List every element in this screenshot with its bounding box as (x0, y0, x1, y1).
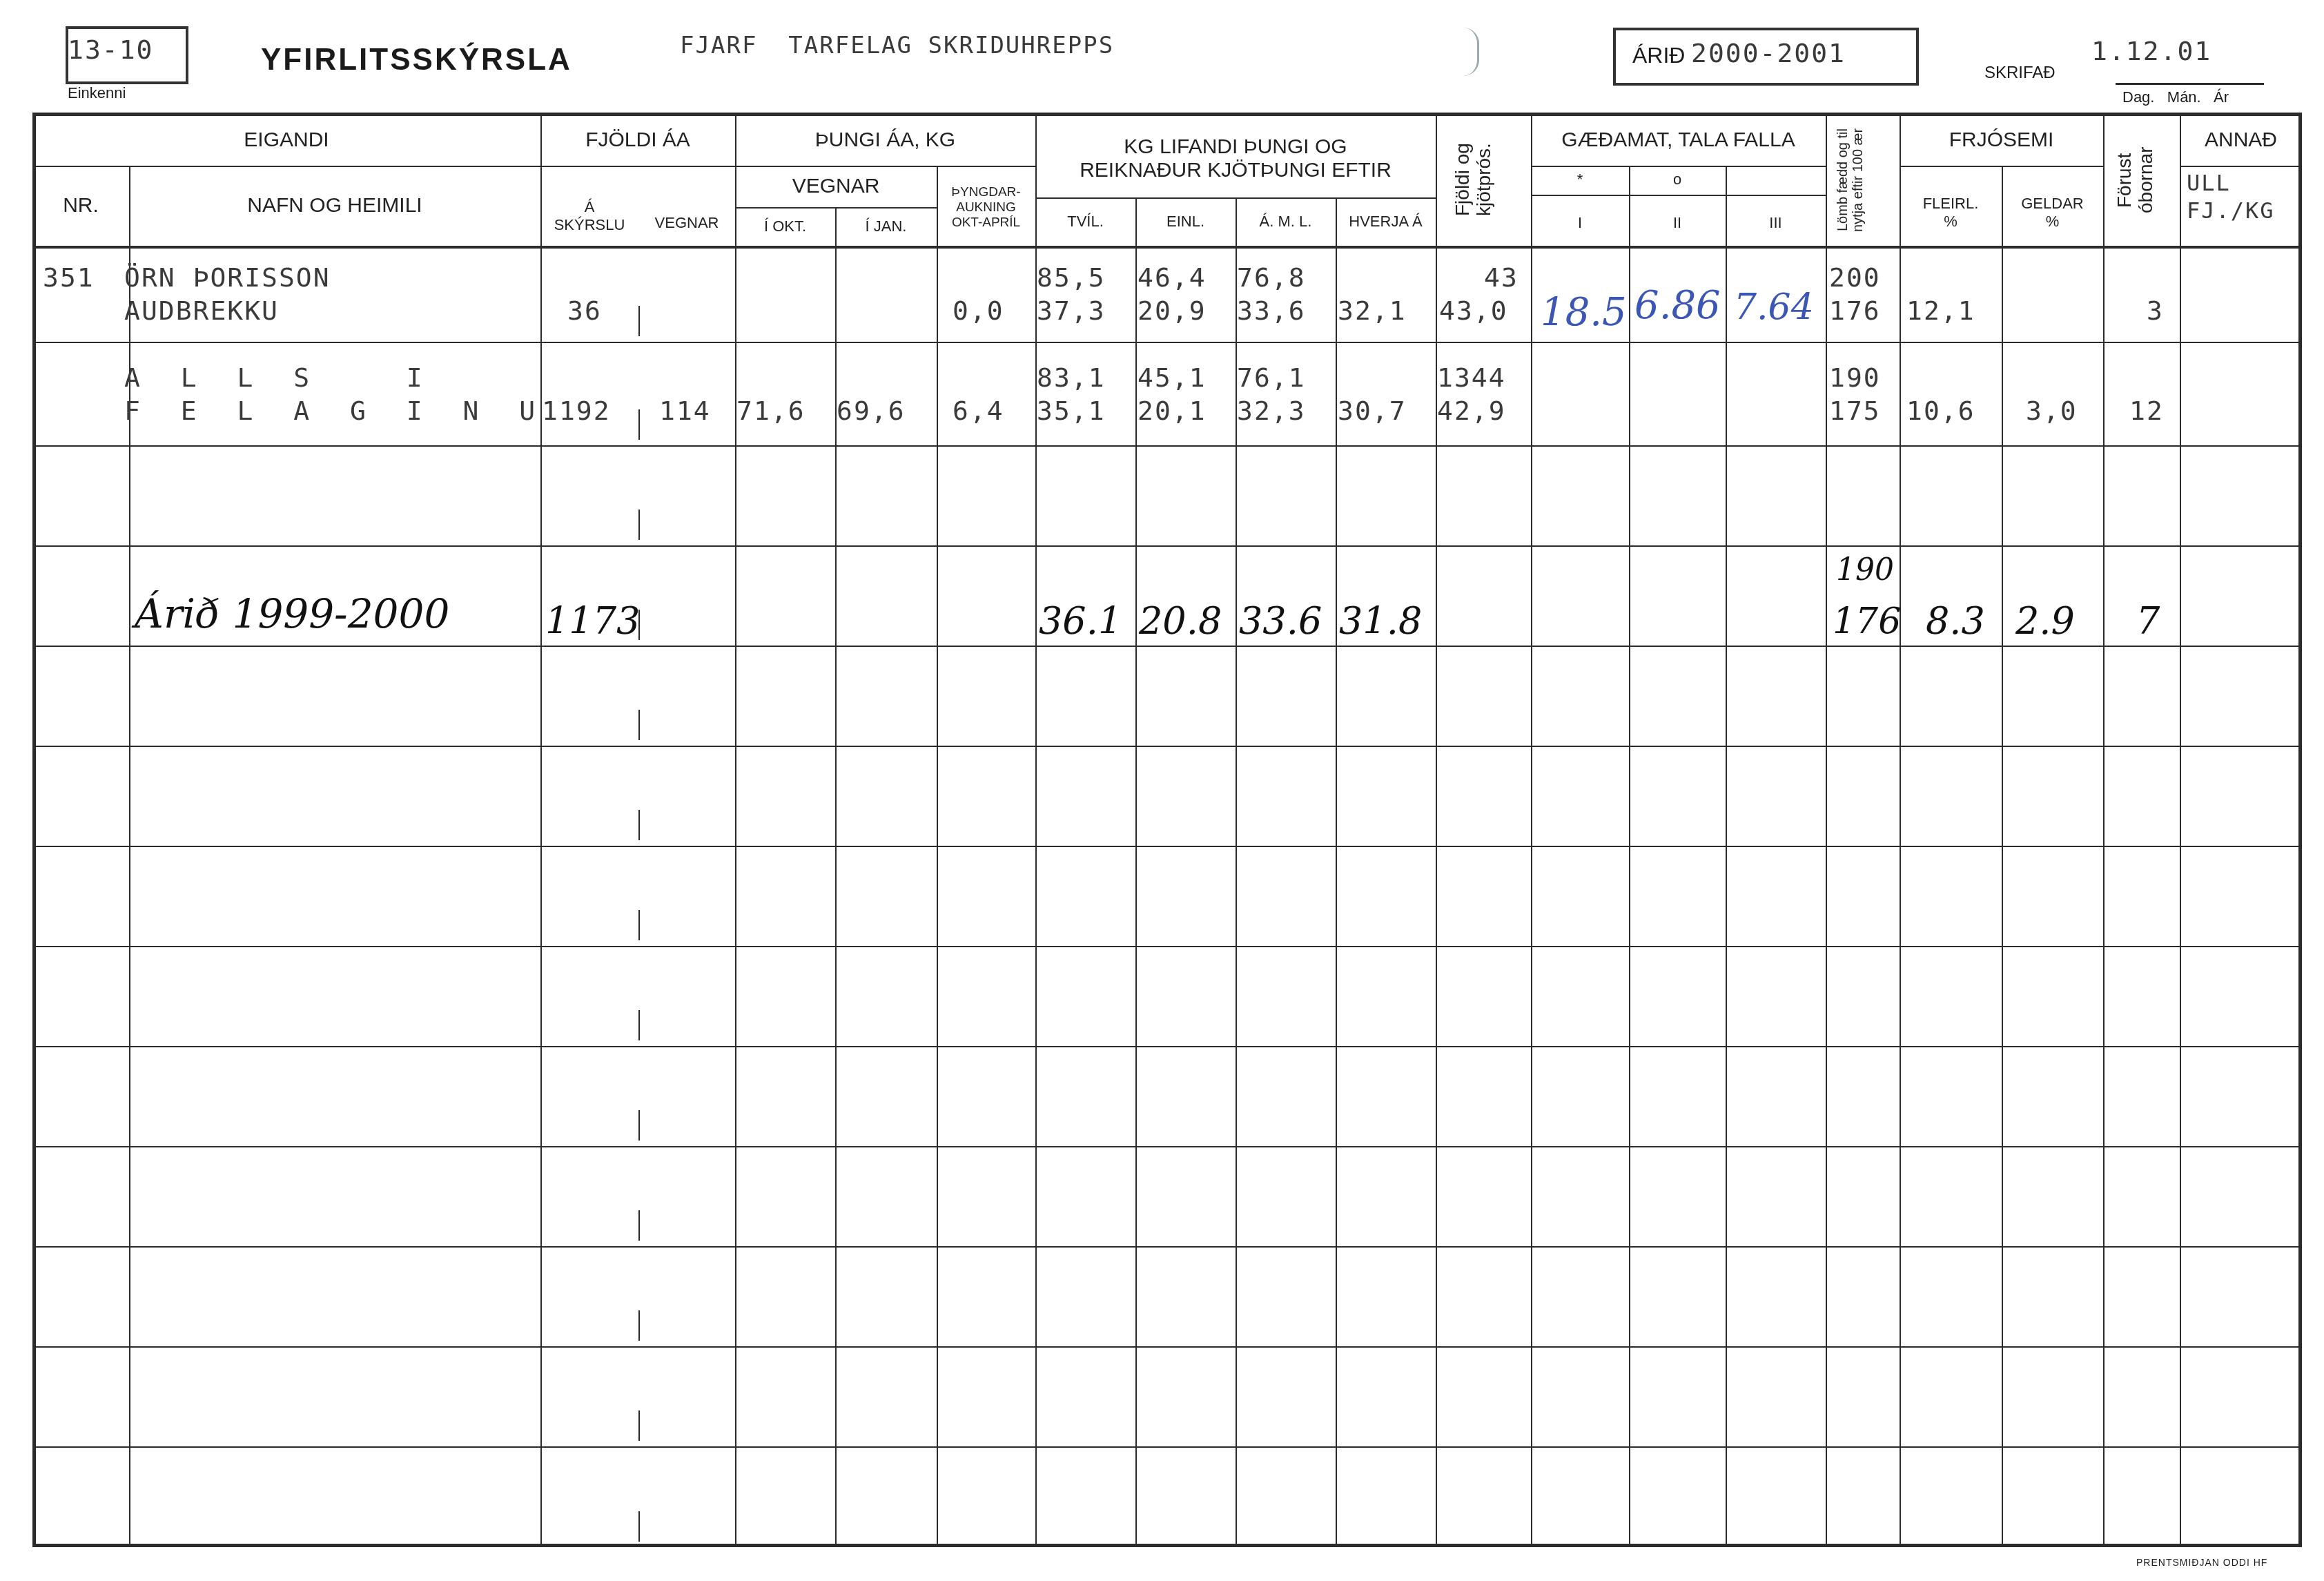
grid-line (32, 646, 2302, 647)
grid-line (540, 810, 542, 840)
header-fjoldi-kjot: Fjöldi og kjötprós. (1436, 114, 1531, 246)
grid-line (1531, 195, 1826, 196)
previous-year-label: Árið 1999-2000 (135, 590, 449, 637)
einl-carcass: 20,9 (1137, 295, 1207, 326)
header-thyngd-1: ÞYNGDAR- (951, 185, 1020, 200)
lomb-used: 176 (1829, 295, 1881, 326)
form-title: YFIRLITSSKÝRSLA (261, 43, 572, 77)
grid-line (638, 810, 640, 840)
grid-line (540, 1110, 542, 1141)
thyngdaraukning: 6,4 (953, 396, 1004, 426)
printer-credit: PRENTSMIÐJAN ODDI HF (2136, 1557, 2267, 1568)
fjoldi-kjot-pct: 43,0 (1439, 295, 1508, 326)
header-okt: Í OKT. (735, 207, 835, 246)
owner-name: ÖRN ÞORISSON (124, 262, 331, 293)
thyngdaraukning: 0,0 (953, 295, 1004, 326)
header-vegnar: VEGNAR (638, 200, 735, 246)
header-gaedamat: GÆÐAMAT, TALA FALLA (1531, 114, 1826, 166)
year-label: ÁRIÐ (1632, 43, 1685, 68)
grid-line (540, 1010, 542, 1040)
header-g1: I (1531, 200, 1629, 246)
forust: 3 (2147, 295, 2164, 326)
grid-line (1900, 113, 1901, 1547)
header-tvil: TVÍL. (1035, 197, 1135, 246)
lomb-born: 190 (1829, 362, 1881, 393)
hverja-a: 30,7 (1338, 396, 1407, 426)
fleirl-pct: 8.3 (1926, 599, 1985, 643)
header-forust: Förust óbornar (2103, 114, 2180, 246)
grade-2: 6.86 (1634, 283, 1721, 328)
grid-line (638, 306, 640, 336)
owner-home: AUDBREKKU (124, 295, 279, 326)
header-g2: II (1629, 200, 1726, 246)
date-parts-label: Dag. Mán. Ár (2122, 88, 2229, 106)
grid-line (735, 113, 736, 1547)
a-skyrslu: 1192 (542, 396, 611, 426)
grid-line (540, 1310, 542, 1341)
fjoldi-kjot-count: 43 (1484, 262, 1519, 293)
header-kg-lifandi: KG LIFANDI ÞUNGI OG REIKNAÐUR KJÖTÞUNGI … (1035, 124, 1436, 193)
einl-carcass: 20.8 (1139, 599, 1222, 643)
grid-line (540, 306, 542, 336)
geldar-pct: 3,0 (2026, 396, 2078, 426)
grid-line (638, 1210, 640, 1241)
header-hverja: HVERJA Á (1336, 197, 1436, 246)
header-fjoldi: FJÖLDI ÁA (540, 114, 735, 166)
grid-line (638, 409, 640, 440)
hverja-a: 32,1 (1338, 295, 1407, 326)
hverja-a: 31.8 (1339, 599, 1422, 643)
grid-line (1629, 166, 1630, 1547)
header-thyngdaraukning: ÞYNGDAR- AUKNING OKT-APRÍL (937, 169, 1035, 246)
header-kg-2: REIKNAÐUR KJÖTÞUNGI EFTIR (1080, 159, 1392, 182)
einl-live: 46,4 (1137, 262, 1207, 293)
grid-line (540, 1210, 542, 1241)
grid-line (1826, 113, 1827, 1547)
forust: 12 (2129, 396, 2164, 426)
header-thungi: ÞUNGI ÁA, KG (735, 114, 1035, 166)
lomb-used: 176 (1833, 601, 1901, 642)
header-aml: Á. M. L. (1236, 197, 1336, 246)
total-label-2: F E L A G I N U (124, 396, 547, 426)
grid-line (32, 1446, 2302, 1448)
aml-live: 76,8 (1237, 262, 1306, 293)
grid-line (32, 1346, 2302, 1348)
grid-line (540, 166, 735, 167)
grid-line (540, 710, 542, 740)
grid-line (32, 1146, 2302, 1147)
grid-line (32, 445, 2302, 447)
a-skyrslu: 36 (567, 295, 602, 326)
grid-line (937, 166, 938, 1547)
year-value: 2000-2001 (1691, 38, 1846, 68)
grid-line (540, 910, 542, 940)
id-label: Einkenni (68, 84, 126, 102)
aml-carcass: 33,6 (1237, 295, 1306, 326)
lomb-used: 175 (1829, 396, 1881, 426)
jan-weight: 69,6 (837, 396, 906, 426)
grid-line (638, 1310, 640, 1341)
header-vegnar2: VEGNAR (735, 166, 937, 207)
grid-line (32, 746, 2302, 747)
header-nr: NR. (32, 166, 129, 246)
grid-line (638, 1110, 640, 1141)
grid-line (540, 610, 542, 640)
aml-live: 76,1 (1237, 362, 1306, 393)
grid-line (32, 1246, 2302, 1248)
grid-line (32, 1046, 2302, 1047)
grid-line (32, 545, 2302, 547)
lomb-born: 190 (1836, 552, 1894, 588)
grid-line (540, 1511, 542, 1542)
einl-live: 45,1 (1137, 362, 1207, 393)
grid-line (1336, 197, 1337, 1547)
aml-carcass: 32,3 (1237, 396, 1306, 426)
association-name: FJARF TARFELAG SKRIDUHREPPS (680, 32, 1114, 59)
tvil-live: 85,5 (1037, 262, 1106, 293)
grid-line (2180, 166, 2302, 167)
forust: 7 (2136, 599, 2160, 643)
grid-line (32, 246, 2302, 249)
grid-line (540, 1410, 542, 1441)
fjoldi-kjot-count: 1344 (1437, 362, 1506, 393)
grade-3: 7.64 (1734, 287, 1814, 328)
header-g3: III (1726, 200, 1826, 246)
grid-line (32, 946, 2302, 947)
okt-weight: 71,6 (736, 396, 805, 426)
grid-line (1900, 166, 2103, 167)
grid-line (540, 510, 542, 540)
id-value: 13-10 (68, 35, 153, 65)
lomb-born: 200 (1829, 262, 1881, 293)
grid-line (1135, 197, 1137, 1547)
grid-line (2103, 113, 2105, 1547)
total-label-1: A L L S I (124, 362, 435, 393)
header-circle: o (1629, 166, 1726, 193)
header-eigandi: EIGANDI (32, 114, 540, 166)
vegnar: 114 (659, 396, 711, 426)
header-a-skyrslu-1: Á (585, 198, 595, 216)
grid-line (638, 1010, 640, 1040)
grid-line (1035, 113, 1037, 1547)
header-einl: EINL. (1135, 197, 1236, 246)
tvil-live: 83,1 (1037, 362, 1106, 393)
grid-line (1436, 113, 1437, 1547)
date-underline (2116, 83, 2264, 85)
header-geldar: GELDAR % (2002, 180, 2103, 246)
header-lomb: Lömb fædd og til nytja eftir 100 ær (1826, 114, 1900, 246)
einl-carcass: 20,1 (1137, 396, 1207, 426)
geldar-pct: 2.9 (2015, 599, 2075, 643)
a-skyrslu: 1173 (545, 599, 640, 643)
grid-line (638, 1511, 640, 1542)
grid-line (638, 710, 640, 740)
grid-line (638, 510, 640, 540)
fleirl-pct: 12,1 (1906, 295, 1975, 326)
report-table (32, 113, 2302, 1547)
header-thyngd-3: OKT-APRÍL (952, 215, 1020, 231)
header-ull: ULL FJ./KG (2187, 169, 2275, 224)
header-jan: Í JAN. (835, 207, 937, 246)
header-frjosemi: FRJÓSEMI (1900, 114, 2103, 166)
tvil-carcass: 37,3 (1037, 295, 1106, 326)
tvil-carcass: 35,1 (1037, 396, 1106, 426)
tvil-carcass: 36.1 (1039, 599, 1122, 643)
grid-line (1726, 166, 1727, 1547)
grid-line (2002, 166, 2003, 1547)
fleirl-pct: 10,6 (1906, 396, 1975, 426)
grid-line (2180, 113, 2181, 1547)
header-fleirl: FLEIRL. % (1900, 180, 2002, 246)
owner-nr: 351 (43, 262, 95, 293)
written-date: 1.12.01 (2091, 36, 2211, 66)
grid-line (638, 910, 640, 940)
grid-line (32, 342, 2302, 343)
bracket-right (1463, 28, 1479, 76)
header-a-skyrslu: Á SKÝRSLU (540, 186, 638, 246)
header-a-skyrslu-2: SKÝRSLU (554, 216, 625, 234)
header-annad: ANNAÐ (2180, 114, 2302, 166)
grade-1: 18.5 (1541, 290, 1627, 335)
grid-line (32, 846, 2302, 847)
grid-line (638, 1410, 640, 1441)
aml-carcass: 33.6 (1239, 599, 1322, 643)
written-label: SKRIFAÐ (1984, 64, 2056, 83)
header-nafn: NAFN OG HEIMILI (129, 166, 540, 246)
fjoldi-kjot-pct: 42,9 (1437, 396, 1506, 426)
header-kg-1: KG LIFANDI ÞUNGI OG (1124, 135, 1347, 159)
header-thyngd-2: AUKNING (956, 200, 1016, 215)
header-star: * (1531, 166, 1629, 193)
grid-line (1531, 113, 1532, 1547)
